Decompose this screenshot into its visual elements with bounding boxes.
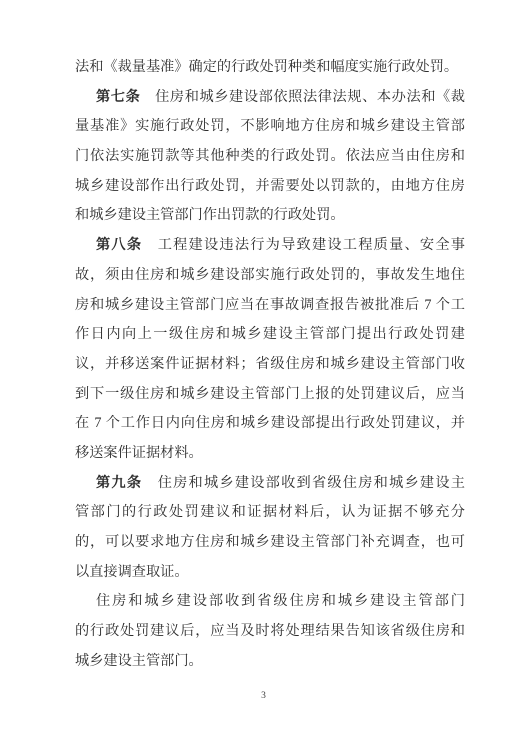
- text-line: 门依法实施罚款等其他种类的行政处罚。依法应当由住房和: [75, 142, 465, 172]
- text-line: 第八条 工程建设违法行为导致建设工程质量、安全事: [75, 231, 465, 261]
- text-line: 法和《裁量基准》确定的行政处罚种类和幅度实施行政处罚。: [75, 53, 465, 83]
- text-line: 作日内向上一级住房和城乡建设主管部门提出行政处罚建: [75, 320, 465, 350]
- text-line: 以直接调查取证。: [75, 558, 465, 588]
- text-line: 房和城乡建设主管部门应当在事故调查报告被批准后 7 个工: [75, 291, 465, 321]
- text-line: 城乡建设部作出行政处罚，并需要处以罚款的，由地方住房: [75, 172, 465, 202]
- text-line: 议，并移送案件证据材料；省级住房和城乡建设主管部门收: [75, 350, 465, 380]
- text-line: 量基准》实施行政处罚，不影响地方住房和城乡建设主管部: [75, 112, 465, 142]
- text-line: 第七条 住房和城乡建设部依照法律法规、本办法和《裁: [75, 83, 465, 113]
- text-line: 到下一级住房和城乡建设主管部门上报的处罚建议后，应当: [75, 380, 465, 410]
- document-page: 法和《裁量基准》确定的行政处罚种类和幅度实施行政处罚。第七条 住房和城乡建设部依…: [0, 0, 527, 747]
- text-line: 故，须由住房和城乡建设部实施行政处罚的，事故发生地住: [75, 261, 465, 291]
- text-line: 城乡建设主管部门。: [75, 647, 465, 677]
- text-line: 移送案件证据材料。: [75, 439, 465, 469]
- document-body: 法和《裁量基准》确定的行政处罚种类和幅度实施行政处罚。第七条 住房和城乡建设部依…: [75, 53, 465, 676]
- text-line: 住房和城乡建设部收到省级住房和城乡建设主管部门: [75, 587, 465, 617]
- text-line: 管部门的行政处罚建议和证据材料后，认为证据不够充分: [75, 498, 465, 528]
- text-line: 和城乡建设主管部门作出罚款的行政处罚。: [75, 201, 465, 231]
- page-number: 3: [0, 691, 527, 702]
- text-line: 的行政处罚建议后，应当及时将处理结果告知该省级住房和: [75, 617, 465, 647]
- text-line: 的，可以要求地方住房和城乡建设主管部门补充调查，也可: [75, 528, 465, 558]
- article-heading: 第八条: [96, 237, 142, 253]
- text-line: 在 7 个工作日内向住房和城乡建设部提出行政处罚建议，并: [75, 409, 465, 439]
- article-heading: 第九条: [96, 475, 142, 491]
- text-line: 第九条 住房和城乡建设部收到省级住房和城乡建设主: [75, 469, 465, 499]
- article-heading: 第七条: [96, 89, 140, 105]
